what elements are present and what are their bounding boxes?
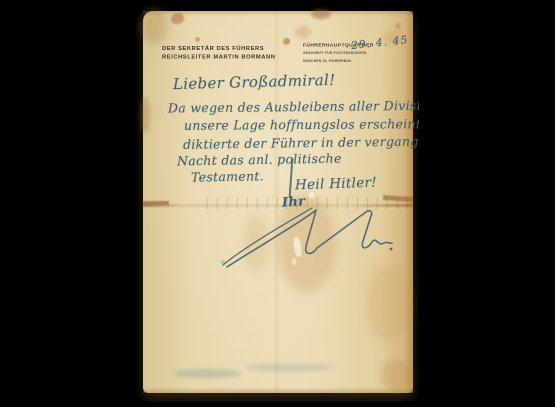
paper-stain (381, 359, 411, 391)
letter-paper: DER SEKRETÄR DES FÜHRERS REICHSLEITER MA… (143, 11, 413, 393)
dark-backdrop: DER SEKRETÄR DES FÜHRERS REICHSLEITER MA… (0, 0, 555, 407)
letterhead-office-sub1: ANSCHRIFT FÜR POSTSENDUNGEN (303, 52, 367, 56)
ink-bleed-through (245, 364, 333, 371)
letterhead-sender-line1: DER SEKRETÄR DES FÜHRERS (162, 44, 275, 53)
handwritten-line: Da wegen des Ausbleibens aller Divisione… (168, 98, 419, 116)
signature-scrawl-icon (209, 197, 394, 275)
paper-stain (195, 37, 200, 42)
handwritten-line: unsere Lage hoffnungslos erscheint, (184, 116, 419, 133)
paper-stain (283, 38, 290, 45)
paper-edge-shading (143, 387, 413, 393)
paper-stain (295, 26, 311, 38)
paper-stain (140, 97, 150, 133)
paper-stain (140, 8, 168, 44)
ink-bleed-through (173, 369, 241, 378)
paper-stain (395, 23, 401, 29)
paper-edge-shading (404, 11, 413, 393)
letterhead-office-sub2: MÜNCHEN 33, FÜHRERBAU (303, 60, 367, 64)
crease-mark-left (143, 201, 169, 205)
paper-edge-shading (143, 11, 413, 16)
paper-stain (311, 9, 331, 19)
letterhead-sender: DER SEKRETÄR DES FÜHRERS REICHSLEITER MA… (162, 44, 275, 61)
handwritten-closing: Heil Hitler! (295, 175, 378, 194)
water-stain (367, 264, 409, 342)
letterhead-sender-line2: REICHSLEITER MARTIN BORMANN (162, 53, 275, 62)
paper-stain (171, 13, 184, 24)
letter-photo: DER SEKRETÄR DES FÜHRERS REICHSLEITER MA… (136, 3, 419, 402)
handwritten-salutation: Lieber Großadmiral! (173, 71, 336, 93)
handwritten-line: diktierte der Führer in der vergangenen (183, 133, 419, 152)
handwritten-line: Testament. (191, 168, 264, 184)
handwritten-line: Nacht das anl. politische (177, 151, 342, 169)
